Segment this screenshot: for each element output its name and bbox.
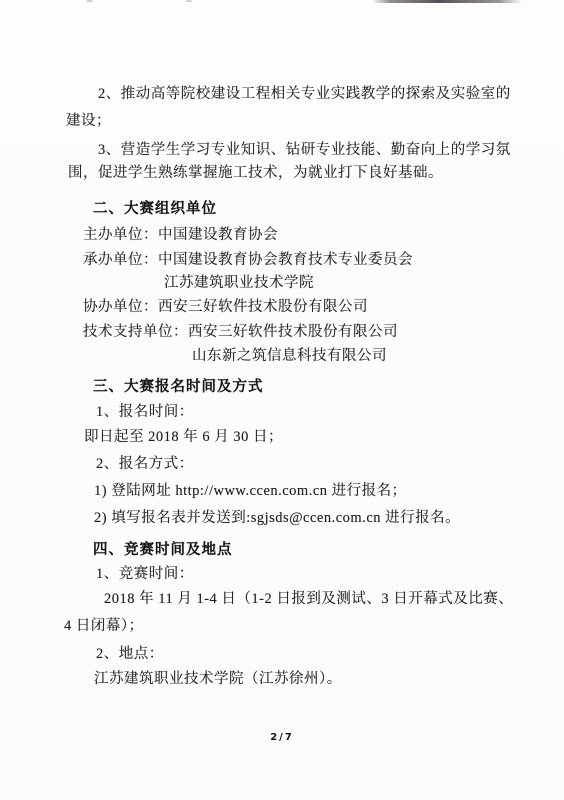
organizer-tech-support-line-2: 山东新之筑信息科技有限公司 — [192, 346, 387, 366]
registration-method-label: 2、报名方式： — [96, 454, 194, 474]
paragraph-3-line-2: 围，促进学生熟练掌握施工技术，为就业打下良好基础。 — [68, 163, 443, 183]
competition-time-label: 1、竞赛时间： — [96, 564, 194, 584]
scan-speck-artifact — [186, 0, 192, 2]
competition-time-line-1: 2018 年 11 月 1-4 日（1-2 日报到及测试、3 日开幕式及比赛、 — [104, 589, 513, 609]
registration-method-email: 2) 填写报名表并发送到:sgjsds@ccen.com.cn 进行报名。 — [94, 508, 460, 528]
competition-location-value: 江苏建筑职业技术学院（江苏徐州）。 — [94, 669, 342, 689]
scan-smudge-artifact — [372, 0, 522, 3]
scanned-document-page: 2、推动高等院校建设工程相关专业实践教学的探索及实验室的 建设； 3、营造学生学… — [0, 0, 564, 800]
registration-deadline: 即日起至 2018 年 6 月 30 日； — [84, 427, 283, 447]
paragraph-3-line-1: 3、营造学生学习专业知识、钻研专业技能、勤奋向上的学习氛 — [98, 140, 511, 160]
organizer-co-organizer: 协办单位：西安三好软件技术股份有限公司 — [83, 297, 368, 317]
competition-time-line-2: 4 日闭幕）； — [64, 616, 144, 636]
organizer-undertaker-line-1: 承办单位：中国建设教育协会教育技术专业委员会 — [83, 250, 413, 270]
registration-time-label: 1、报名时间： — [96, 402, 194, 422]
section-heading-competition: 四、竞赛时间及地点 — [93, 540, 233, 560]
section-heading-registration: 三、大赛报名时间及方式 — [93, 377, 264, 397]
organizer-host: 主办单位：中国建设教育协会 — [83, 225, 278, 245]
organizer-tech-support-line-1: 技术支持单位：西安三好软件技术股份有限公司 — [83, 322, 398, 342]
organizer-undertaker-line-2: 江苏建筑职业技术学院 — [164, 273, 314, 293]
page-number: 2/7 — [0, 732, 564, 743]
paragraph-2-line-2: 建设； — [66, 111, 111, 131]
registration-method-website: 1) 登陆网址 http://www.ccen.com.cn 进行报名； — [94, 481, 407, 501]
scan-speck-artifact — [86, 0, 93, 2]
paragraph-2-line-1: 2、推动高等院校建设工程相关专业实践教学的探索及实验室的 — [98, 84, 511, 104]
competition-location-label: 2、地点： — [96, 644, 164, 664]
section-heading-organizers: 二、大赛组织单位 — [93, 199, 217, 219]
